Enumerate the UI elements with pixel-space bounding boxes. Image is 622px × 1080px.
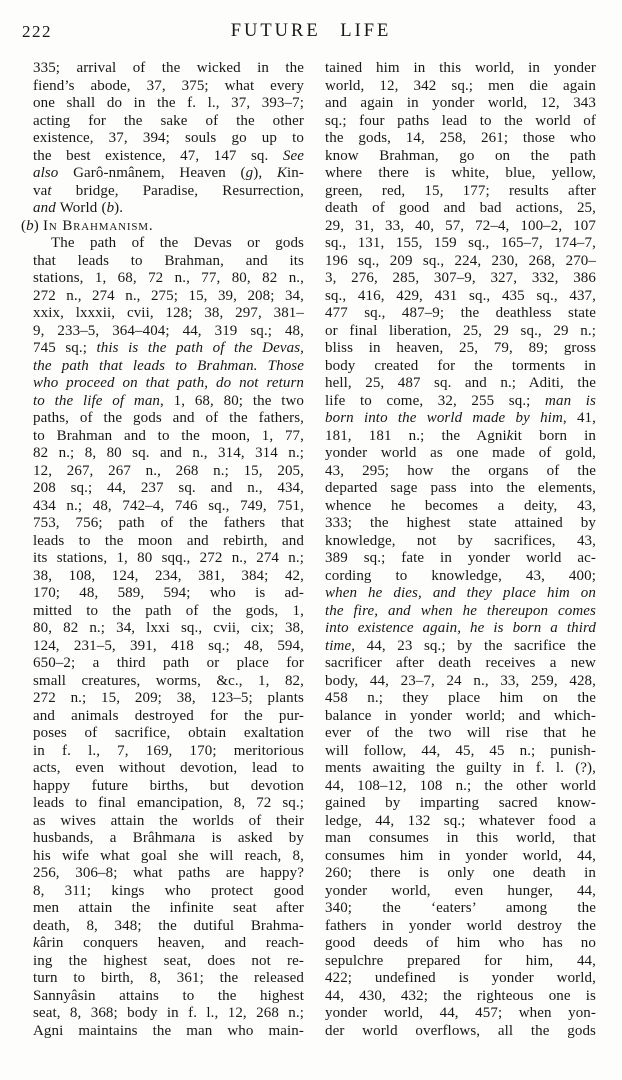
text-line: stations, 1, 68, 72 n., 77, 80, 82 n.,: [33, 270, 304, 288]
text-line: 29, 31, 33, 40, 57, 72–4, 100–2, 107: [325, 218, 596, 236]
text-line: 434 n.; 48, 742–4, 746 sq., 749, 751,: [33, 498, 304, 516]
text-line: the gods, 14, 258, 261; those who: [325, 130, 596, 148]
text-line: husbands, a Brâhmana is asked by: [33, 830, 304, 848]
text-line: and World (b).: [33, 200, 304, 218]
text-line: departed sage pass into the elements,: [325, 480, 596, 498]
text-line: 208 sq.; 44, 237 sq. and n., 434,: [33, 480, 304, 498]
text-line: 745 sq.; this is the path of the Devas,: [33, 340, 304, 358]
text-line: sacrificer after death receives a new: [325, 655, 596, 673]
text-columns: 335; arrival of the wicked in thefiend’s…: [33, 60, 596, 1040]
text-line: poses of sacrifice, obtain exaltation: [33, 725, 304, 743]
text-line: his wife what goal she will reach, 8,: [33, 848, 304, 866]
text-line: 272 n.; 15, 209; 38, 123–5; plants: [33, 690, 304, 708]
text-line: ing the highest seat, does not re-: [33, 953, 304, 971]
text-line: cording to knowledge, 43, 400;: [325, 568, 596, 586]
text-line: good deeds of him who has no: [325, 935, 596, 953]
text-line: death, 8, 348; the dutiful Brahma-: [33, 918, 304, 936]
text-line: knowledge, not by sacrifices, 43,: [325, 533, 596, 551]
text-line: that leads to Brahman, and its: [33, 253, 304, 271]
text-line: 181, 181 n.; the Agnikit born in: [325, 428, 596, 446]
text-line: 389 sq.; fate in yonder world ac-: [325, 550, 596, 568]
text-line: sq.; four paths lead to the world of: [325, 113, 596, 131]
text-line: 477 sq., 487–9; the deathless state: [325, 305, 596, 323]
text-line: who proceed on that path, do not return: [33, 375, 304, 393]
column-left: 335; arrival of the wicked in thefiend’s…: [33, 60, 304, 1040]
text-line: ever of the two will rise that he: [325, 725, 596, 743]
text-line: one shall do in the f. l., 37, 393–7;: [33, 95, 304, 113]
text-line: existence, 37, 394; souls go up to: [33, 130, 304, 148]
text-line: 256, 306–8; what paths are happy?: [33, 865, 304, 883]
text-line: 170; 48, 589, 594; who is ad-: [33, 585, 304, 603]
text-line: 340; the ‘eaters’ among the: [325, 900, 596, 918]
text-line: the path that leads to Brahman. Those: [33, 358, 304, 376]
text-line: 260; there is only one death in: [325, 865, 596, 883]
text-line: fiend’s abode, 37, 375; what every: [33, 78, 304, 96]
text-line: vat bridge, Paradise, Resurrection,: [33, 183, 304, 201]
text-line: 44, 108–12, 108 n.; the other world: [325, 778, 596, 796]
text-line: to the life of man, 1, 68, 80; the two: [33, 393, 304, 411]
text-line: 9, 233–5, 364–404; 44, 319 sq.; 48,: [33, 323, 304, 341]
text-line: gained by imparting sacred know-: [325, 795, 596, 813]
text-line: acting for the sake of the other: [33, 113, 304, 131]
text-line: life to come, 32, 255 sq.; man is: [325, 393, 596, 411]
text-line: Agni maintains the man who main-: [33, 1023, 304, 1041]
text-line: turn to birth, 8, 361; the released: [33, 970, 304, 988]
text-line: 333; the highest state attained by: [325, 515, 596, 533]
text-line: leads to final emancipation, 8, 72 sq.;: [33, 795, 304, 813]
text-line: or final liberation, 25, 29 sq., 29 n.;: [325, 323, 596, 341]
text-line: the best existence, 47, 147 sq. See: [33, 148, 304, 166]
text-line: Sannyâsin attains to the highest: [33, 988, 304, 1006]
text-line: in f. l., 7, 169, 170; meritorious: [33, 743, 304, 761]
text-line: world, 12, 342 sq.; men die again: [325, 78, 596, 96]
text-line: small creatures, worms, &c., 1, 82,: [33, 673, 304, 691]
text-line: time, 44, 23 sq.; by the sacrifice the: [325, 638, 596, 656]
text-line: consumes him in yonder world, 44,: [325, 848, 596, 866]
text-line: where there is white, blue, yellow,: [325, 165, 596, 183]
text-line: yonder world, even hunger, 44,: [325, 883, 596, 901]
text-line: sq., 416, 429, 431 sq., 435 sq., 437,: [325, 288, 596, 306]
text-line: whence he becomes a deity, 43,: [325, 498, 596, 516]
text-line: and animals destroyed for the pur-: [33, 708, 304, 726]
text-line: body created for the torments in: [325, 358, 596, 376]
text-line: 124, 231–5, 391, 418 sq.; 48, 594,: [33, 638, 304, 656]
column-right: tained him in this world, in yonderworld…: [325, 60, 596, 1040]
text-line: der world overflows, all the gods: [325, 1023, 596, 1041]
text-line: hell, 25, 487 sq. and n.; Aditi, the: [325, 375, 596, 393]
text-line: seat, 8, 368; body in f. l., 12, 268 n.;: [33, 1005, 304, 1023]
text-line: as wives attain the worlds of their: [33, 813, 304, 831]
text-line: will follow, 44, 45, 45 n.; punish-: [325, 743, 596, 761]
text-line: bliss in heaven, 25, 79, 89; gross: [325, 340, 596, 358]
text-line: xxix, lxxxii, cvii, 128; 38, 297, 381–: [33, 305, 304, 323]
text-line: its stations, 1, 80 sqq., 272 n., 274 n.…: [33, 550, 304, 568]
text-line: 38, 108, 124, 234, 381, 384; 42,: [33, 568, 304, 586]
text-line: ments awaiting the guilty in f. l. (?),: [325, 760, 596, 778]
text-line: into existence again, he is born a third: [325, 620, 596, 638]
text-line: 12, 267, 267 n., 268 n.; 15, 205,: [33, 463, 304, 481]
text-line: yonder world as one made of gold,: [325, 445, 596, 463]
text-line: balance in yonder world; and which-: [325, 708, 596, 726]
text-line: The path of the Devas or gods: [33, 235, 304, 253]
text-line: 43, 295; how the organs of the: [325, 463, 596, 481]
text-line: leads to the moon and rebirth, and: [33, 533, 304, 551]
text-line: 650–2; a third path or place for: [33, 655, 304, 673]
text-line: 80, 82 n.; 34, lxxi sq., cvii, cix; 38,: [33, 620, 304, 638]
text-line: know Brahman, go on the path: [325, 148, 596, 166]
text-line: sepulchre prepared for him, 44,: [325, 953, 596, 971]
text-line: 422; undefined is yonder world,: [325, 970, 596, 988]
text-line: kârin conquers heaven, and reach-: [33, 935, 304, 953]
text-line: 196 sq., 209 sq., 224, 230, 268, 270–: [325, 253, 596, 271]
text-line: when he dies, and they place him on: [325, 585, 596, 603]
text-line: mitted to the path of the gods, 1,: [33, 603, 304, 621]
text-line: the fire, and when he thereupon comes: [325, 603, 596, 621]
book-page: 222 FUTURE LIFE 335; arrival of the wick…: [0, 0, 622, 1080]
text-line: paths, of the gods and of the fathers,: [33, 410, 304, 428]
text-line: green, red, 15, 177; results after: [325, 183, 596, 201]
text-line: happy future births, but devotion: [33, 778, 304, 796]
text-line: (b) In Brahmanism.: [21, 218, 304, 236]
text-line: 753, 756; path of the fathers that: [33, 515, 304, 533]
text-line: ledge, 44, 132 sq.; whatever food a: [325, 813, 596, 831]
text-line: 8, 311; kings who protect good: [33, 883, 304, 901]
text-line: fathers in yonder world destroy the: [325, 918, 596, 936]
text-line: yonder world, 44, 457; when yon-: [325, 1005, 596, 1023]
text-line: death of good and bad actions, 25,: [325, 200, 596, 218]
text-line: body, 44, 23–7, 24 n., 33, 259, 428,: [325, 673, 596, 691]
text-line: and again in yonder world, 12, 343: [325, 95, 596, 113]
page-title: FUTURE LIFE: [0, 21, 622, 42]
text-line: 458 n.; they place him on the: [325, 690, 596, 708]
text-line: sq., 131, 155, 159 sq., 165–7, 174–7,: [325, 235, 596, 253]
text-line: men attain the infinite seat after: [33, 900, 304, 918]
text-line: born into the world made by him, 41,: [325, 410, 596, 428]
text-line: 272 n., 274 n., 275; 15, 39, 208; 34,: [33, 288, 304, 306]
text-line: 44, 430, 432; the righteous one is: [325, 988, 596, 1006]
text-line: 335; arrival of the wicked in the: [33, 60, 304, 78]
text-line: also Garô-nmânem, Heaven (g), Kin-: [33, 165, 304, 183]
text-line: acts, even without devotion, lead to: [33, 760, 304, 778]
text-line: 3, 276, 285, 307–9, 327, 332, 386: [325, 270, 596, 288]
text-line: 82 n.; 8, 80 sq. and n., 314, 314 n.;: [33, 445, 304, 463]
text-line: to Brahman and to the moon, 1, 77,: [33, 428, 304, 446]
text-line: tained him in this world, in yonder: [325, 60, 596, 78]
text-line: man consumes in this world, that: [325, 830, 596, 848]
